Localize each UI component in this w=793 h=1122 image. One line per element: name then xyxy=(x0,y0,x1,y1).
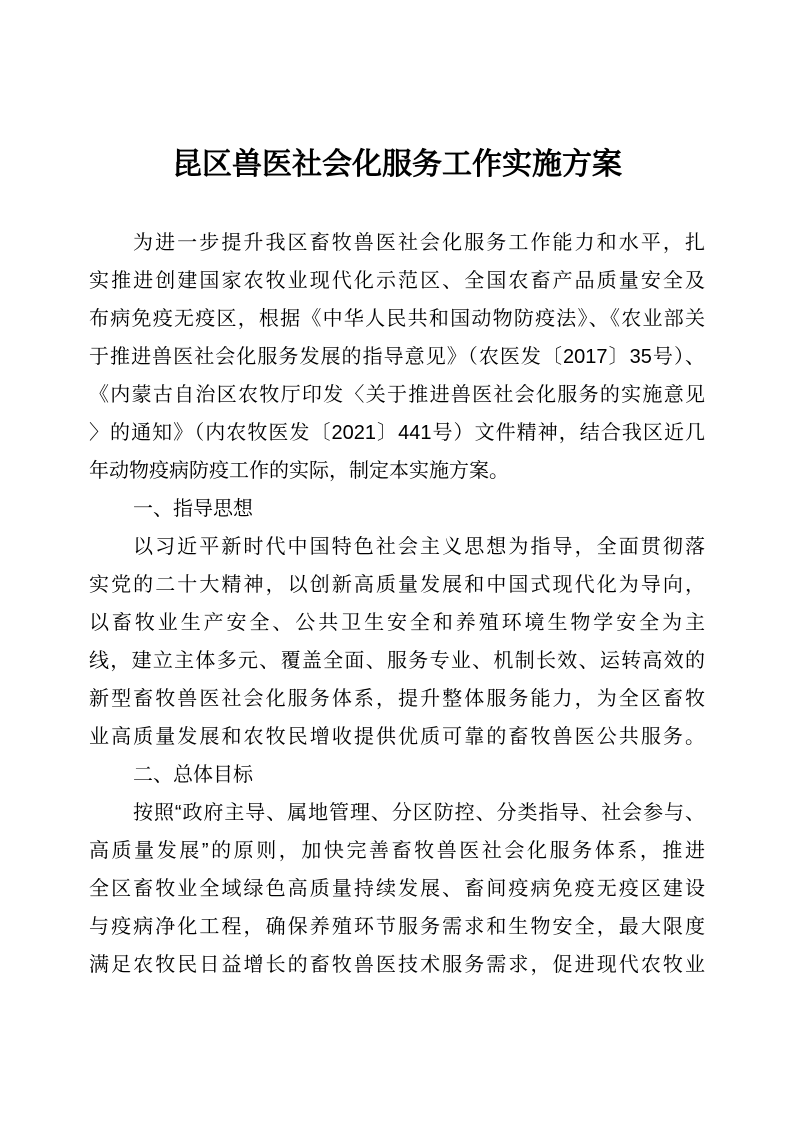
paragraph-overall-goal: 按照“政府主导、属地管理、分区防控、分类指导、社会参与、高质量发展”的原则，加快… xyxy=(89,794,705,984)
text-line: 实推进创建国家农牧业现代化示范区、全国农畜产品质量安全及 xyxy=(89,262,705,300)
text-line: 业高质量发展和农牧民增收提供优质可靠的畜牧兽医公共服务。 xyxy=(89,718,705,756)
text-line: 满足农牧民日益增长的畜牧兽医技术服务需求，促进现代农牧业 xyxy=(89,946,705,984)
text-line: 布病免疫无疫区，根据《中华人民共和国动物防疫法》、《农业部关 xyxy=(89,300,705,338)
text-line: 全区畜牧业全域绿色高质量持续发展、畜间疫病免疫无疫区建设 xyxy=(89,870,705,908)
paragraph-intro: 为进一步提升我区畜牧兽医社会化服务工作能力和水平，扎实推进创建国家农牧业现代化示… xyxy=(89,224,705,490)
text-line: 以习近平新时代中国特色社会主义思想为指导，全面贯彻落 xyxy=(89,528,705,566)
document-body: 为进一步提升我区畜牧兽医社会化服务工作能力和水平，扎实推进创建国家农牧业现代化示… xyxy=(89,224,705,984)
document-title: 昆区兽医社会化服务工作实施方案 xyxy=(89,142,705,187)
paragraph-guiding-ideology: 以习近平新时代中国特色社会主义思想为指导，全面贯彻落实党的二十大精神，以创新高质… xyxy=(89,528,705,756)
section-2-heading: 二、总体目标 xyxy=(89,756,705,794)
section-1-heading: 一、指导思想 xyxy=(89,490,705,528)
text-line: 为进一步提升我区畜牧兽医社会化服务工作能力和水平，扎 xyxy=(89,224,705,262)
text-line: 线，建立主体多元、覆盖全面、服务专业、机制长效、运转高效的 xyxy=(89,642,705,680)
text-line: 按照“政府主导、属地管理、分区防控、分类指导、社会参与、 xyxy=(89,794,705,832)
text-line: 年动物疫病防疫工作的实际，制定本实施方案。 xyxy=(89,452,705,490)
text-line: 〉的通知》（内农牧医发〔2021〕441号）文件精神，结合我区近几 xyxy=(89,414,705,452)
document-page: 昆区兽医社会化服务工作实施方案 为进一步提升我区畜牧兽医社会化服务工作能力和水平… xyxy=(0,0,793,1122)
text-line: 实党的二十大精神，以创新高质量发展和中国式现代化为导向， xyxy=(89,566,705,604)
text-line: 与疫病净化工程，确保养殖环节服务需求和生物安全，最大限度 xyxy=(89,908,705,946)
text-line: 高质量发展”的原则，加快完善畜牧兽医社会化服务体系，推进 xyxy=(89,832,705,870)
text-line: 新型畜牧兽医社会化服务体系，提升整体服务能力，为全区畜牧 xyxy=(89,680,705,718)
text-line: 于推进兽医社会化服务发展的指导意见》（农医发〔2017〕35号）、 xyxy=(89,338,705,376)
text-line: 《内蒙古自治区农牧厅印发〈关于推进兽医社会化服务的实施意见 xyxy=(89,376,705,414)
text-line: 以畜牧业生产安全、公共卫生安全和养殖环境生物学安全为主 xyxy=(89,604,705,642)
